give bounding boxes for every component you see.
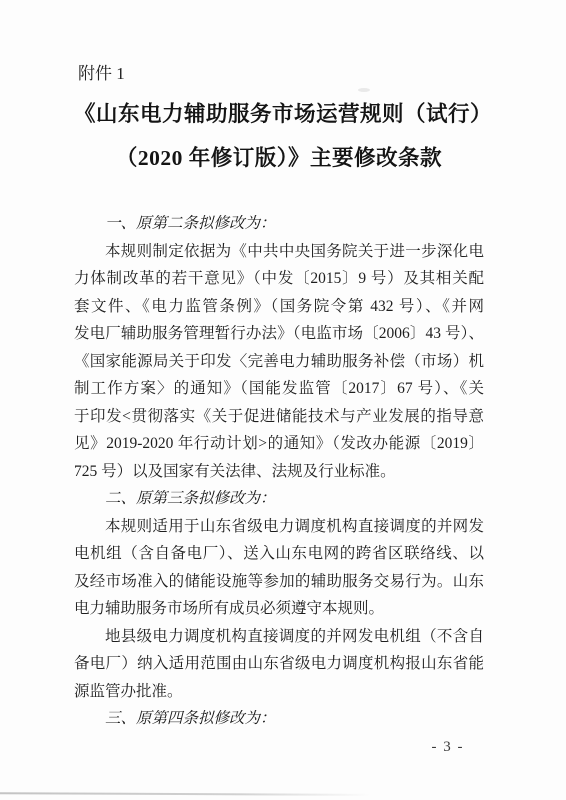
attachment-label: 附件 1: [78, 62, 125, 86]
text-line: 及经市场准入的储能设施等参加的辅助服务交易行为。山东: [74, 568, 484, 596]
text-line: 电力辅助服务市场所有成员必须遵守本规则。: [74, 595, 484, 623]
text-line: 制工作方案〉的通知》（国能发监管〔2017〕67 号）、《关: [74, 375, 484, 403]
title-line-2: （2020 年修订版）》主要修改条款: [74, 136, 484, 180]
document-body: 一、原第二条拟修改为：本规则制定依据为《中共中央国务院关于进一步深化电力体制改革…: [74, 210, 484, 733]
document-page: 附件 1 《山东电力辅助服务市场运营规则（试行） （2020 年修订版）》主要修…: [0, 0, 566, 800]
text-line: 套文件、《电力监管条例》（国务院令第 432 号）、《并网: [74, 293, 484, 321]
text-line: 二、原第三条拟修改为：: [74, 485, 484, 513]
scan-edge-artifact: [0, 792, 370, 796]
document-title: 《山东电力辅助服务市场运营规则（试行） （2020 年修订版）》主要修改条款: [74, 92, 484, 180]
text-line: 力体制改革的若干意见》（中发〔2015〕9 号）及其相关配: [74, 265, 484, 293]
text-line: 725 号）以及国家有关法律、法规及行业标准。: [74, 458, 484, 486]
text-line: 源监管办批准。: [74, 678, 484, 706]
text-line: 三、原第四条拟修改为：: [74, 705, 484, 733]
text-line: 发电厂辅助服务管理暂行办法》（电监市场〔2006〕43 号）、: [74, 320, 484, 348]
text-line: 本规则制定依据为《中共中央国务院关于进一步深化电: [74, 238, 484, 266]
page-number: - 3 -: [432, 739, 465, 756]
text-line: 于印发<贯彻落实《关于促进储能技术与产业发展的指导意: [74, 403, 484, 431]
text-line: 地县级电力调度机构直接调度的并网发电机组（不含自: [74, 623, 484, 651]
text-line: 备电厂）纳入适用范围由山东省级电力调度机构报山东省能: [74, 650, 484, 678]
scan-smudge-artifact: [358, 88, 370, 92]
text-line: 一、原第二条拟修改为：: [74, 210, 484, 238]
text-line: 《国家能源局关于印发〈完善电力辅助服务补偿（市场）机: [74, 348, 484, 376]
title-line-1: 《山东电力辅助服务市场运营规则（试行）: [74, 92, 484, 136]
text-line: 电机组（含自备电厂）、送入山东电网的跨省区联络线、以: [74, 540, 484, 568]
text-line: 本规则适用于山东省级电力调度机构直接调度的并网发: [74, 513, 484, 541]
text-line: 见》2019-2020 年行动计划>的通知》（发改办能源〔2019〕: [74, 430, 484, 458]
